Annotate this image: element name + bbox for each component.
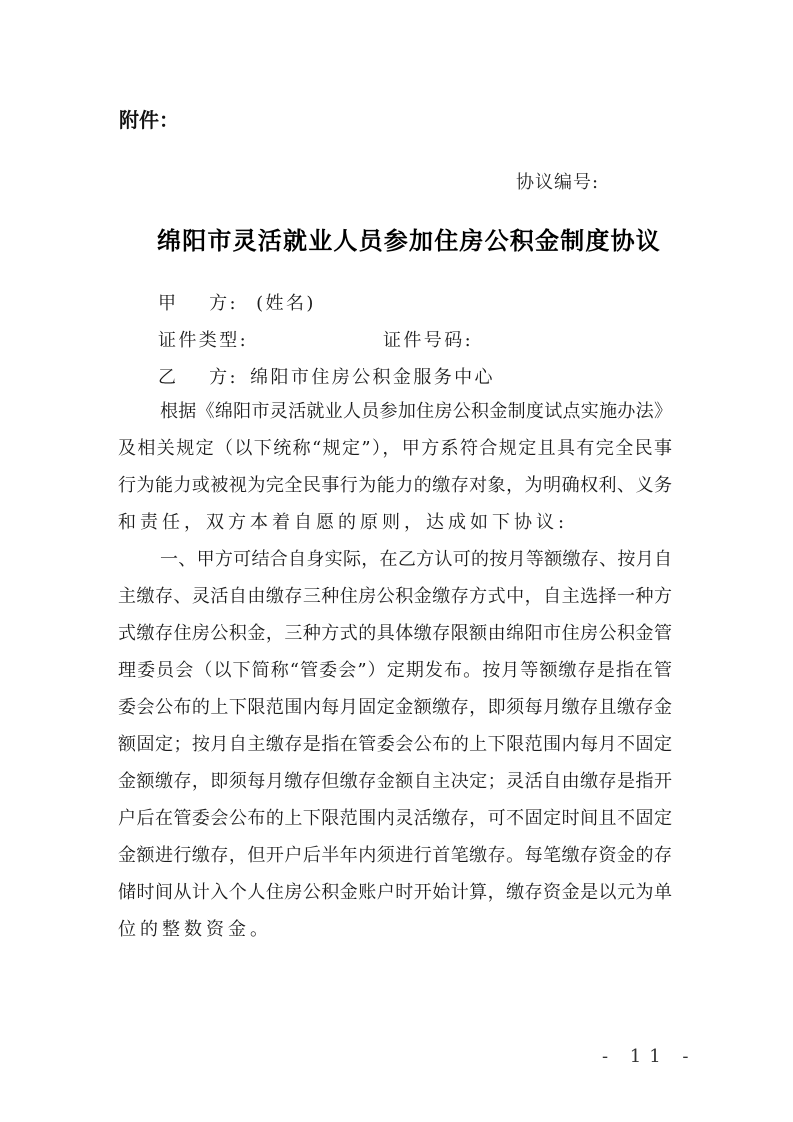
party-b-label: 乙 方: (158, 363, 238, 389)
party-a-label-char1: 甲 (158, 289, 178, 315)
clause-1-line: 位的整数资金。 (118, 918, 672, 942)
attachment-label: 附件： (119, 104, 179, 133)
party-b-name: 绵阳市住房公积金服务中心 (250, 367, 495, 388)
id-type-field: 证件类型: (158, 326, 248, 352)
body-paragraph-line: 行为能力或被视为完全民事行为能力的缴存对象，为明确权利、义务 (118, 474, 672, 498)
clause-1-line: 委会公布的上下限范围内每月固定金额缴存，即须每月缴存且缴存金 (118, 696, 672, 720)
party-a-label-char2: 方: (209, 289, 238, 315)
party-a-line: 甲 方: (姓名) (158, 289, 316, 315)
page-number: - 11 - (602, 1046, 697, 1067)
clause-1-line: 金额进行缴存，但开户后半年内须进行首笔缴存。每笔缴存资金的存 (118, 844, 672, 868)
id-number-field: 证件号码: (383, 326, 473, 352)
clause-1-line: 一、甲方可结合自身实际，在乙方认可的按月等额缴存、按月自 (160, 548, 672, 572)
party-a-name-placeholder: (姓名) (256, 293, 316, 314)
clause-1-line: 额固定；按月自主缴存是指在管委会公布的上下限范围内每月不固定 (118, 733, 672, 757)
party-b-label-char1: 乙 (158, 363, 178, 389)
body-paragraph-line: 及相关规定（以下统称“规定”），甲方系符合规定且具有完全民事 (118, 437, 672, 461)
clause-1-line: 户后在管委会公布的上下限范围内灵活缴存，可不固定时间且不固定 (118, 807, 672, 831)
party-a-label: 甲 方: (158, 289, 238, 315)
clause-1-line: 储时间从计入个人住房公积金账户时开始计算，缴存资金是以元为单 (118, 881, 672, 905)
clause-1-line: 理委员会（以下简称“管委会”）定期发布。按月等额缴存是指在管 (118, 659, 672, 683)
body-paragraph-line: 和责任，双方本着自愿的原则，达成如下协议: (118, 511, 672, 535)
agreement-number-label: 协议编号: (516, 168, 599, 194)
party-b-label-char2: 方: (209, 363, 238, 389)
document-title: 绵阳市灵活就业人员参加住房公积金制度协议 (157, 221, 661, 256)
clause-1-line: 金额缴存，即须每月缴存但缴存金额自主决定；灵活自由缴存是指开 (118, 770, 672, 794)
party-b-line: 乙 方: 绵阳市住房公积金服务中心 (158, 363, 495, 389)
clause-1-line: 主缴存、灵活自由缴存三种住房公积金缴存方式中，自主选择一种方 (118, 585, 672, 609)
clause-1-line: 式缴存住房公积金，三种方式的具体缴存限额由绵阳市住房公积金管 (118, 622, 672, 646)
body-paragraph-line: 根据《绵阳市灵活就业人员参加住房公积金制度试点实施办法》 (160, 400, 672, 424)
